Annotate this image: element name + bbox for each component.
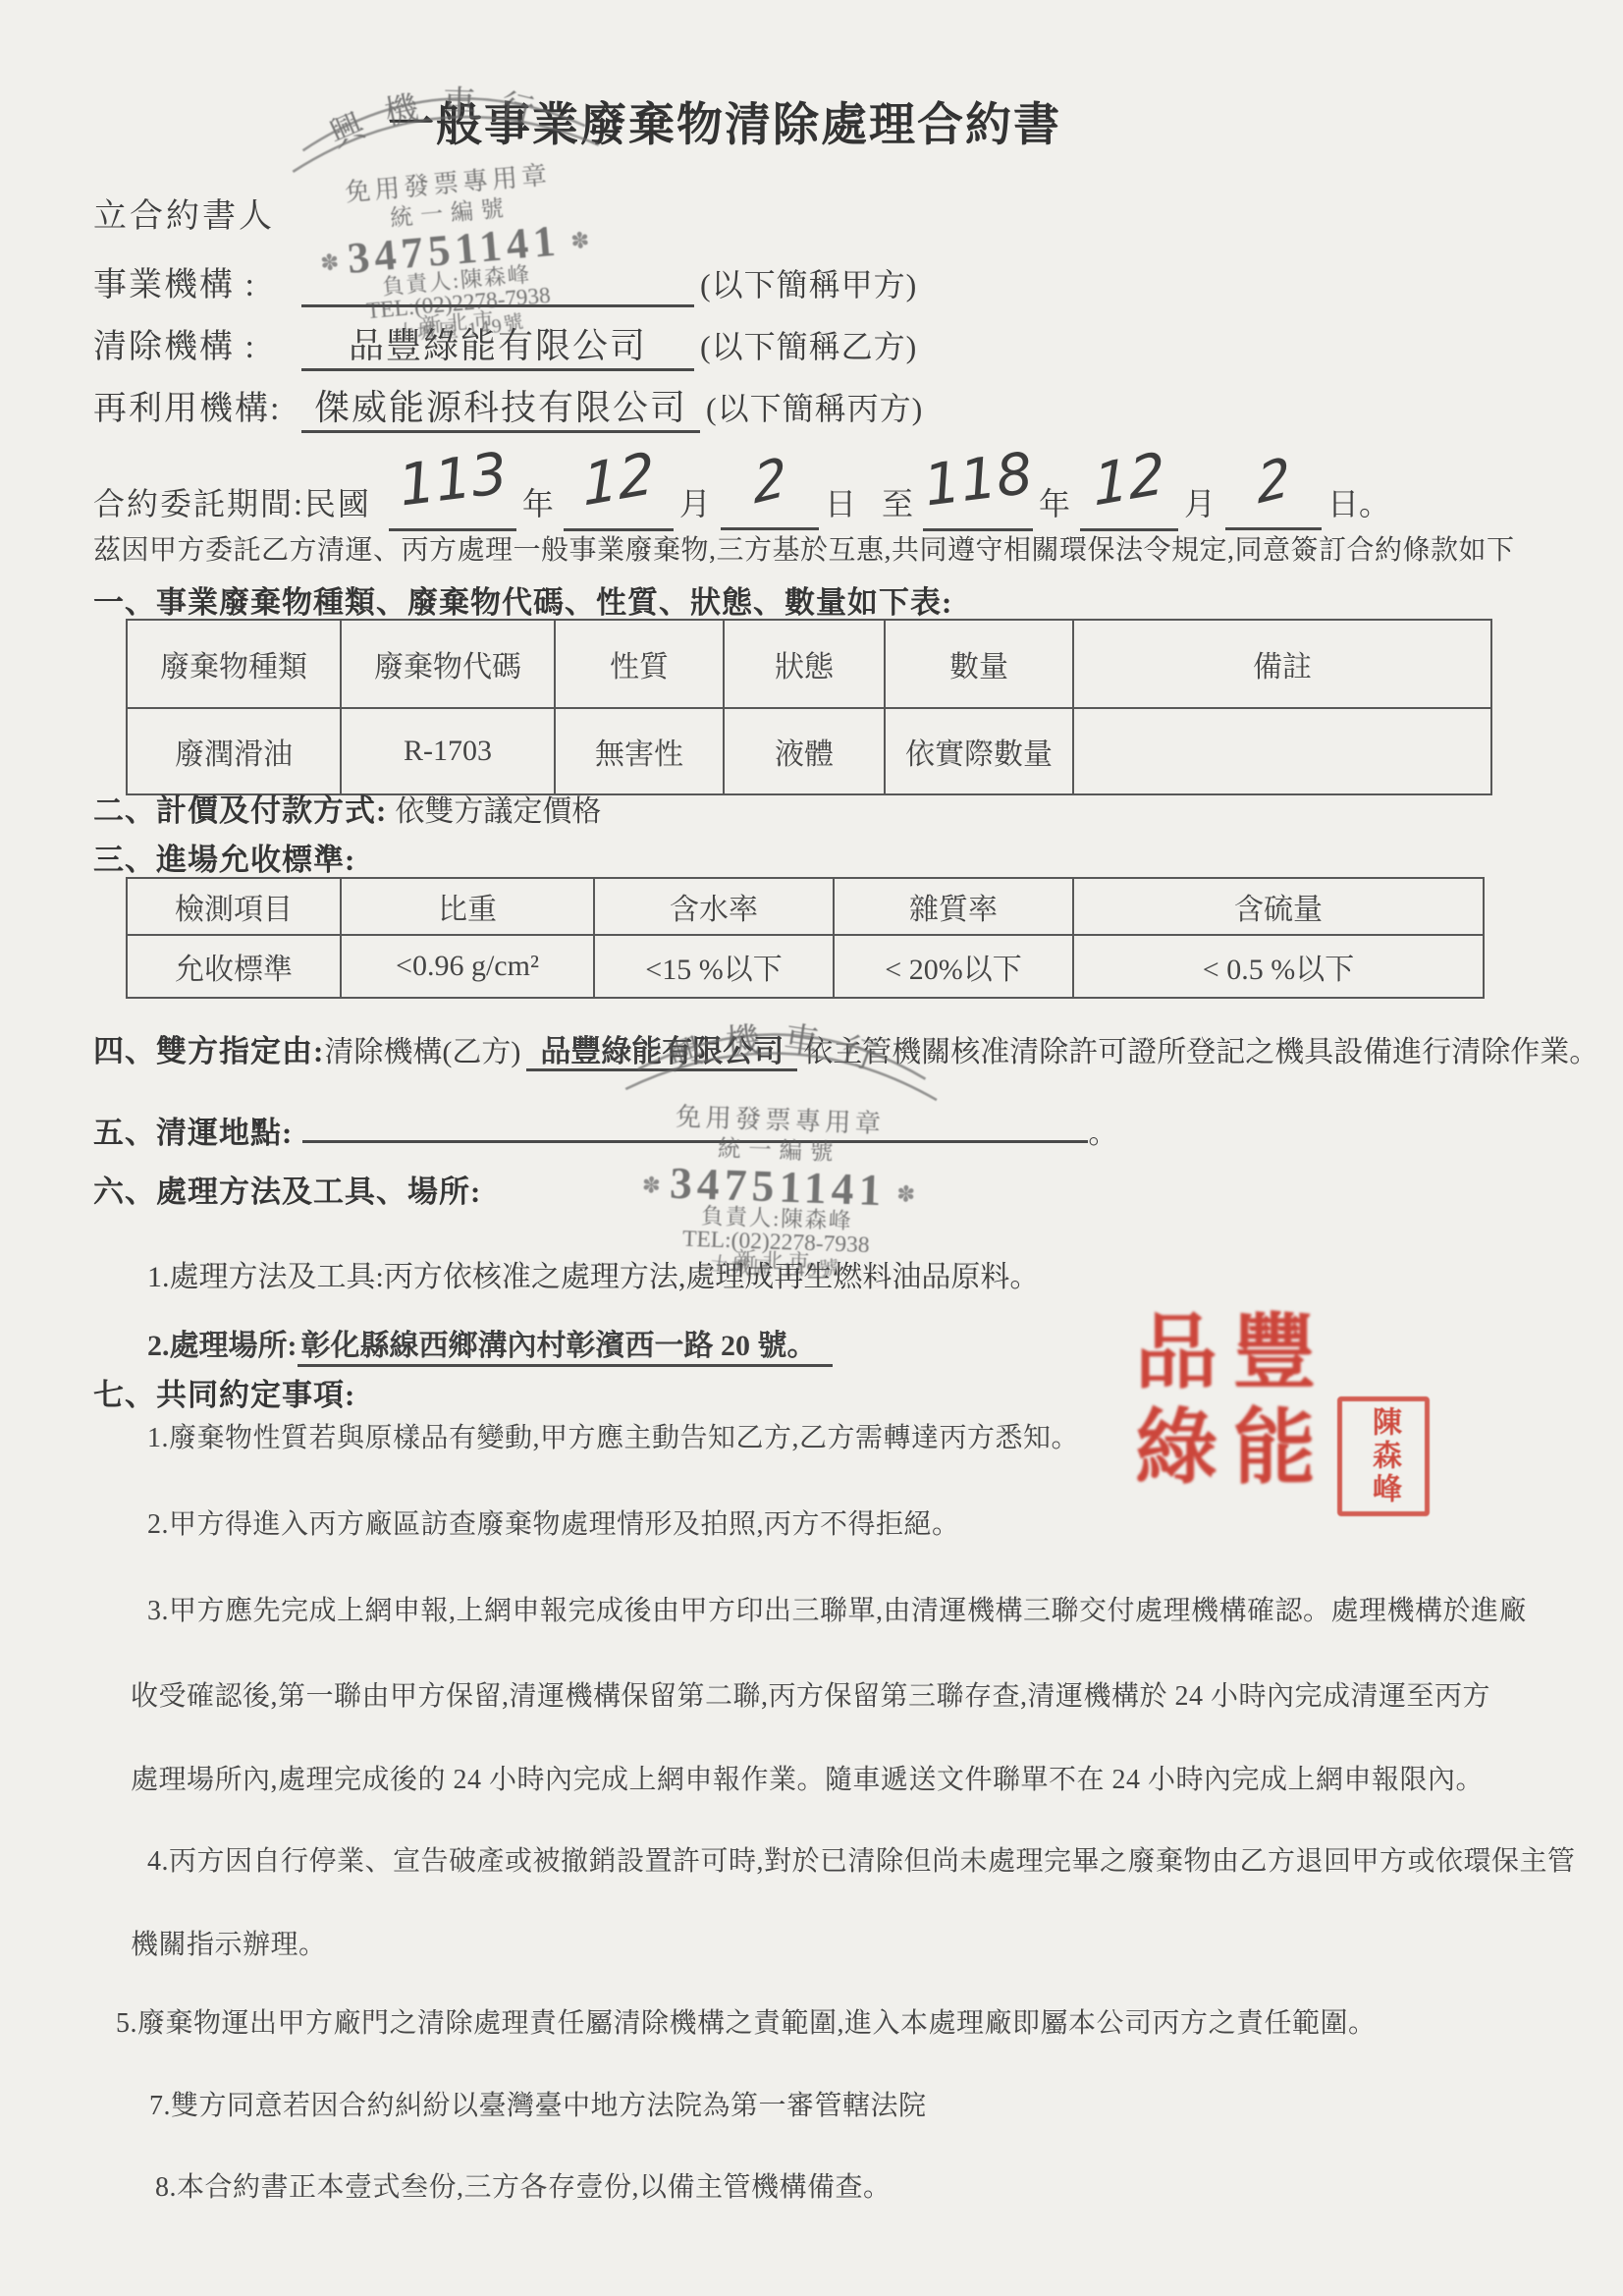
waste-table-header-cell: 廢棄物種類 [127,620,341,708]
section4-pre: 清除機構(乙方) [324,1036,520,1068]
contract-parties-label: 立合約書人 [93,189,275,237]
section5-label: 五、清運地點: [93,1116,293,1150]
stamp-flower-icon: ✽ [569,228,590,254]
handwritten-end-year: 118 [920,440,1036,519]
waste-table-cell: 無害性 [555,708,724,794]
end-month-field: 12 [1080,462,1178,531]
clause-4-line2: 機關指示辦理。 [131,1923,327,1962]
company-seal: 品 豐 綠 能 [1127,1306,1324,1497]
start-day-field: 2 [721,465,819,530]
section6-heading: 六、處理方法及工具、場所: [93,1167,481,1211]
waste-table: 廢棄物種類 廢棄物代碼 性質 狀態 數量 備註 廢潤滑油 R-1703 無害性 … [126,619,1492,795]
party-row-c: 再利用機構:傑威能源科技有限公司(以下簡稱丙方) [93,380,923,433]
party-suffix: (以下簡稱甲方) [700,267,917,302]
tax-exempt-stamp-top: 興機車行 免用發票專用章 統一編號 ✽ 34751141 ✽ 負責人:陳森峰 T… [236,40,664,366]
waste-table-cell: 廢潤滑油 [127,708,341,794]
clause-3-line3: 處理場所內,處理完成後的 24 小時內完成上網申報作業。隨車遞送文件聯單不在 2… [131,1758,1484,1797]
stamp-tax-exempt-label: 免用發票專用章 [676,1103,886,1138]
scanned-contract-page: 一般事業廢棄物清除處理合約書 興機車行 免用發票專用章 統一編號 ✽ 34751… [0,0,1623,2296]
party-label: 再利用機構: [93,381,301,429]
day-unit-end: 日。 [1327,486,1390,521]
party-suffix: (以下簡稱丙方) [706,391,923,426]
stamp-tax-exempt-label: 免用發票專用章 [344,160,552,206]
section3-heading: 三、進場允收標準: [93,835,355,879]
company-seal-char: 豐 [1233,1313,1316,1395]
start-month-field: 12 [564,462,674,531]
handwritten-start-month: 12 [581,439,655,519]
month-unit: 月 [1184,486,1216,521]
stamp-graphic: 興機車行 免用發票專用章 統一編號 ✽ 34751141 ✽ 負責人:陳森峰 T… [236,40,664,361]
party-value: 品豐綠能有限公司 [339,326,657,365]
party-value [488,264,508,303]
company-seal-char: 綠 [1135,1408,1217,1491]
process-site-address-underlined: 彰化縣線西鄉溝內村彰濱西一路 20 號。 [298,1330,833,1367]
year-unit: 年 [1039,486,1070,521]
party-value: 傑威能源科技有限公司 [304,388,697,427]
tax-exempt-stamp-middle: 興機車行 免用發票專用章 統一編號 ✽ 34751141 ✽ 負責人:陳森峰 T… [572,985,987,1294]
standards-table-header-cell: 比重 [341,878,594,935]
svg-text:興機車行: 興機車行 [322,75,562,156]
handwritten-start-year: 113 [395,440,511,519]
preamble-text: 茲因甲方委託乙方清運、丙方處理一般事業廢棄物,三方基於互惠,共同遵守相關環保法令… [93,528,1515,568]
waste-table-row: 廢潤滑油 R-1703 無害性 液體 依實際數量 [127,708,1491,794]
party-label: 清除機構 : [93,319,301,367]
section5-period-mark: 。 [1088,1118,1117,1150]
clause-8: 8.本合約書正本壹式叁份,三方各存壹份,以備主管機構備查。 [155,2165,892,2205]
standards-table-cell: < 0.5 %以下 [1073,935,1484,998]
clause-7: 7.雙方同意若因合約糾紛以臺灣臺中地方法院為第一審管轄法院 [149,2084,927,2123]
section4-label: 四、雙方指定由: [93,1034,324,1068]
clause-2: 2.甲方得進入丙方廠區訪查廢棄物處理情形及拍照,丙方不得拒絕。 [147,1503,960,1542]
clause-5: 5.廢棄物運出甲方廠門之清除處理責任屬清除機構之責範圍,進入本處理廠即屬本公司丙… [116,2001,1377,2041]
waste-table-cell: 依實際數量 [885,708,1073,794]
standards-table-header-row: 檢測項目 比重 含水率 雜質率 含硫量 [127,878,1484,935]
clause-3-line1: 3.甲方應先完成上網申報,上網申報完成後由甲方印出三聯單,由清運機構三聯交付處理… [147,1589,1527,1628]
party-label: 事業機構 : [93,257,301,305]
start-year-field: 113 [389,462,516,531]
party-row-b: 清除機構 :品豐綠能有限公司(以下簡稱乙方) [93,318,917,371]
contract-period-line: 合約委託期間:民國 113年 12月 2日 至 118年 12月 2日。 [93,462,1396,531]
month-unit: 月 [679,486,711,521]
period-to: 至 [882,486,913,521]
process-site-label: 2.處理場所: [147,1330,298,1362]
waste-table-cell: R-1703 [341,708,555,794]
waste-table-header-cell: 備註 [1073,620,1491,708]
standards-table-header-cell: 檢測項目 [127,878,341,935]
waste-table-header-cell: 狀態 [724,620,885,708]
period-prefix: 合約委託期間:民國 [93,486,371,521]
waste-table-header-cell: 性質 [555,620,724,708]
year-unit: 年 [522,486,554,521]
section1-heading: 一、事業廢棄物種類、廢棄物代碼、性質、狀態、數量如下表: [93,577,952,622]
end-day-field: 2 [1225,465,1322,530]
end-year-field: 118 [923,462,1033,531]
name-seal: 陳森峰 [1337,1396,1430,1516]
section2-label: 二、計價及付款方式: [93,793,387,828]
stamp-company-name-arc: 興機車行 [322,75,562,156]
standards-table-cell: < 20%以下 [834,935,1073,998]
stamp-graphic: 興機車行 免用發票專用章 統一編號 ✽ 34751141 ✽ 負責人:陳森峰 T… [572,985,987,1289]
standards-table: 檢測項目 比重 含水率 雜質率 含硫量 允收標準 <0.96 g/cm² <15… [126,877,1485,999]
clause-3-line2: 收受確認後,第一聯由甲方保留,清運機構保留第二聯,丙方保留第三聯存查,清運機構於… [131,1674,1490,1714]
standards-table-cell: <0.96 g/cm² [341,935,594,998]
waste-table-cell: 液體 [724,708,885,794]
process-site-line: 2.處理場所:彰化縣線西鄉溝內村彰濱西一路 20 號。 [147,1321,833,1364]
standards-table-header-cell: 含硫量 [1073,878,1484,935]
standards-table-header-cell: 雜質率 [834,878,1073,935]
company-seal-char: 能 [1233,1408,1316,1491]
stamp-company-name-arc: 興機車行 [662,1014,902,1085]
party-suffix: (以下簡稱乙方) [700,329,917,364]
day-unit: 日 [825,486,856,521]
waste-table-header-cell: 廢棄物代碼 [341,620,555,708]
waste-table-header-cell: 數量 [885,620,1073,708]
company-seal-char: 品 [1135,1313,1217,1395]
clause-1: 1.廢棄物性質若與原樣品有變動,甲方應主動告知乙方,乙方需轉達丙方悉知。 [147,1416,1079,1455]
waste-table-header-row: 廢棄物種類 廢棄物代碼 性質 狀態 數量 備註 [127,620,1491,708]
stamp-flower-icon: ✽ [642,1173,662,1198]
handwritten-start-day: 2 [752,445,787,517]
section2-value: 依雙方議定價格 [395,795,601,828]
standards-table-row: 允收標準 <0.96 g/cm² <15 %以下 < 20%以下 < 0.5 %… [127,935,1484,998]
section7-heading: 七、共同約定事項: [93,1370,355,1414]
stamp-flower-icon: ✽ [896,1181,916,1207]
standards-table-header-cell: 含水率 [594,878,834,935]
standards-table-cell: 允收標準 [127,935,341,998]
svg-text:興機車行: 興機車行 [662,1014,902,1085]
handwritten-end-month: 12 [1092,439,1165,519]
section2-line: 二、計價及付款方式:依雙方議定價格 [93,786,601,830]
process-method-line: 1.處理方法及工具:丙方依核准之處理方法,處理成再生燃料油品原料。 [147,1252,1039,1295]
party-row-a: 事業機構 :(以下簡稱甲方) [93,257,917,307]
handwritten-end-day: 2 [1256,445,1291,517]
clause-4-line1: 4.丙方因自行停業、宣告破產或被撤銷設置許可時,對於已清除但尚未處理完畢之廢棄物… [147,1839,1576,1879]
waste-table-cell [1073,708,1491,794]
